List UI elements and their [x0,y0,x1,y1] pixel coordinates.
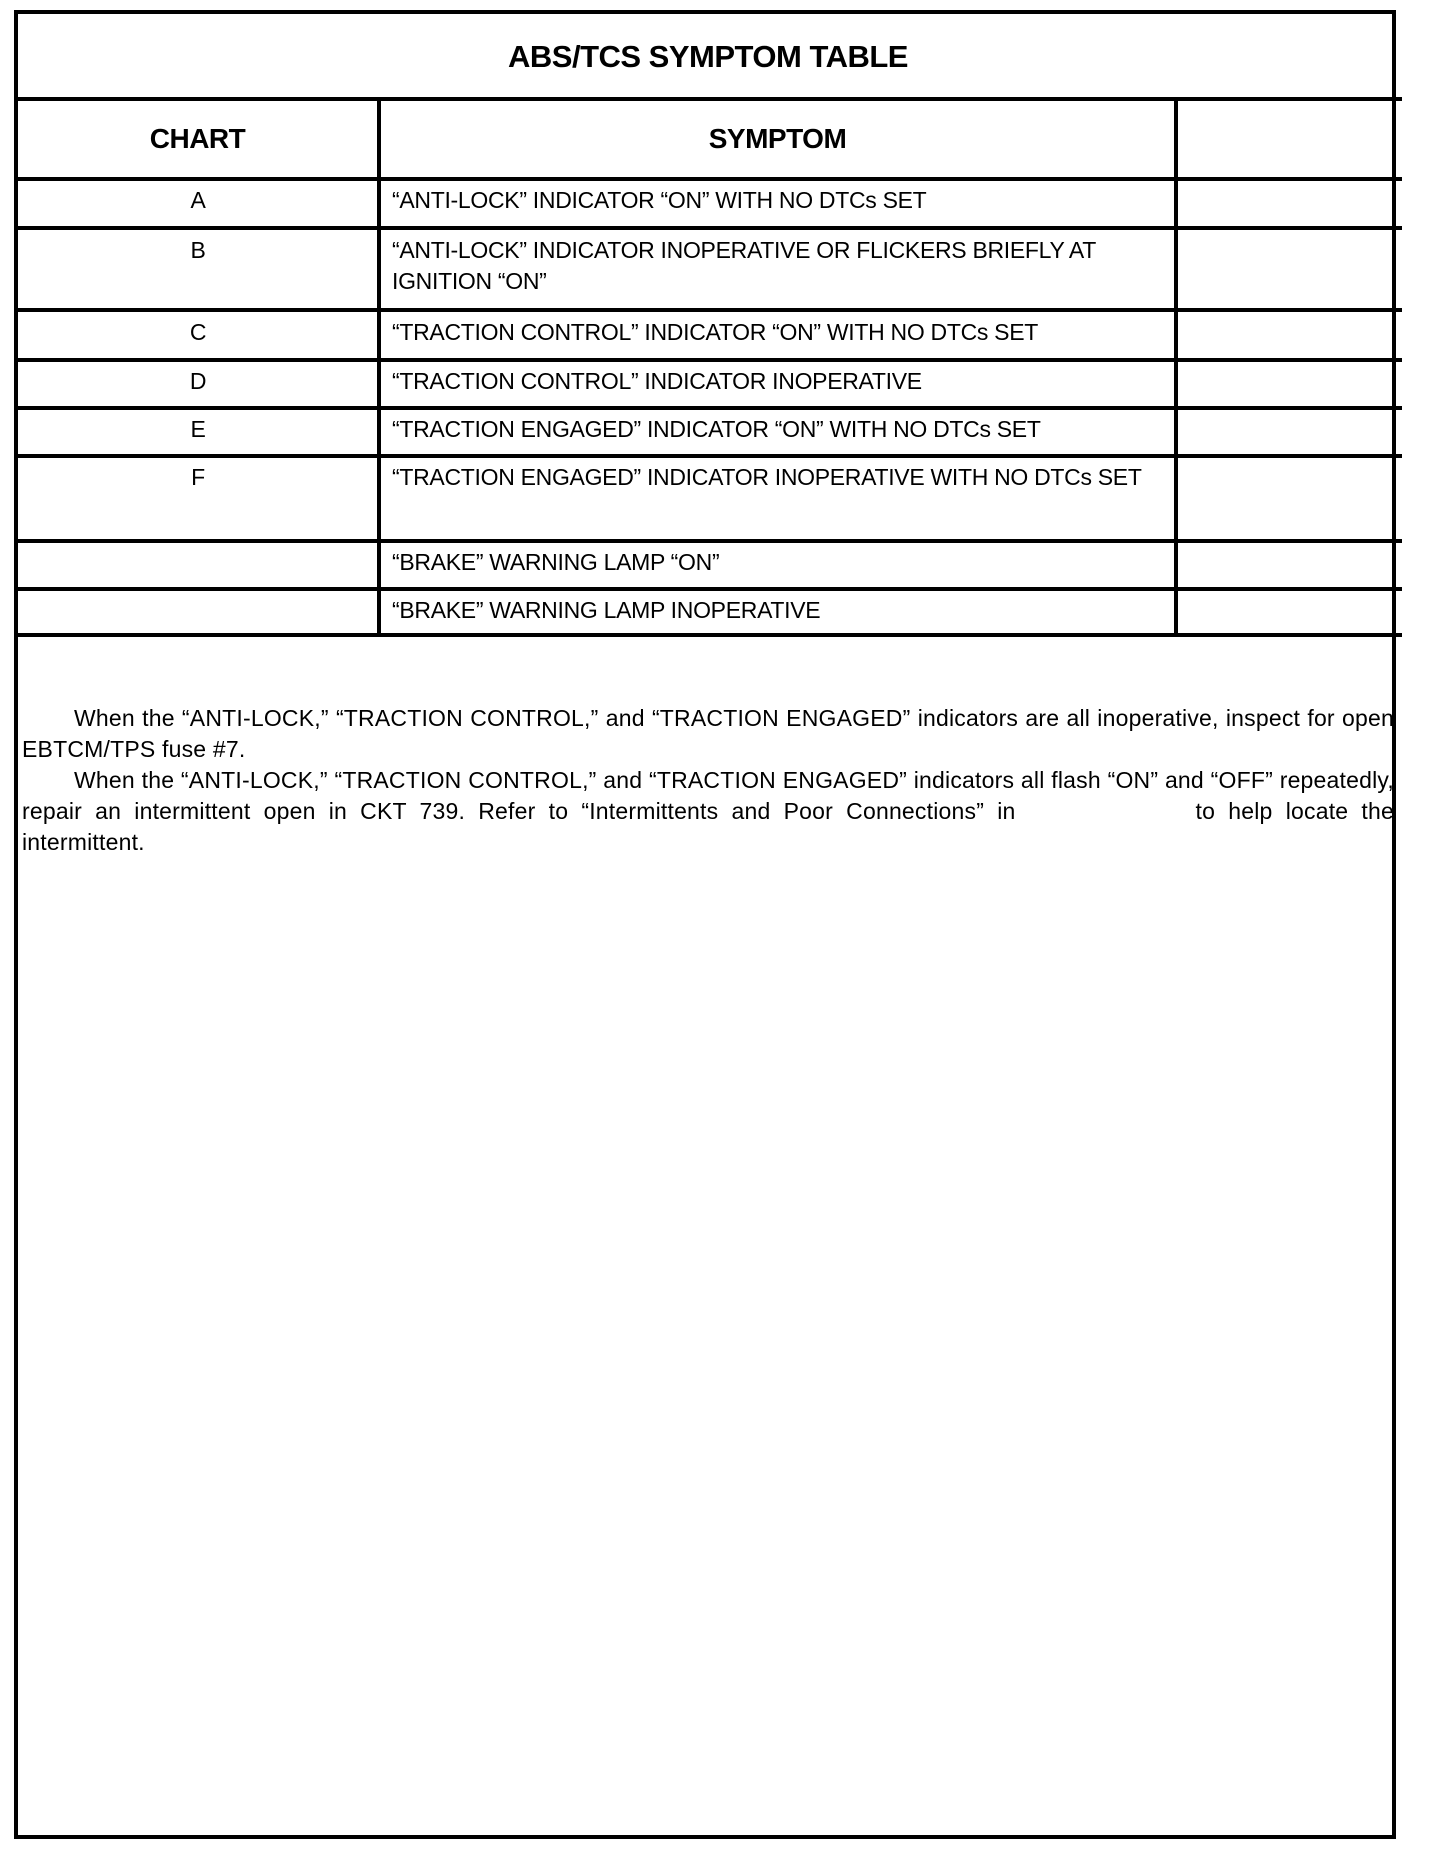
chart-cell: B [18,235,378,266]
column-divider [1174,97,1178,637]
divider [14,633,1402,637]
symptom-cell: “BRAKE” WARNING LAMP “ON” [392,547,1172,578]
column-header-reference [1178,101,1398,177]
note-text: When the “ANTI-LOCK,” “TRACTION CONTROL,… [22,767,1394,824]
chart-cell: D [18,366,378,397]
divider [14,308,1402,312]
symptom-cell: “TRACTION ENGAGED” INDICATOR INOPERATIVE… [392,462,1172,493]
divider [14,226,1402,230]
symptom-cell: “TRACTION CONTROL” INDICATOR INOPERATIVE [392,366,1172,397]
chart-cell: E [18,414,378,445]
divider [14,177,1402,181]
symptom-cell: “ANTI-LOCK” INDICATOR INOPERATIVE OR FLI… [392,235,1172,297]
table-title: ABS/TCS SYMPTOM TABLE [18,14,1398,100]
symptom-cell: “BRAKE” WARNING LAMP INOPERATIVE [392,595,1172,626]
divider [14,358,1402,362]
column-header-symptom: SYMPTOM [381,101,1174,177]
chart-cell: F [18,462,378,493]
notes-section: When the “ANTI-LOCK,” “TRACTION CONTROL,… [22,703,1394,858]
column-header-chart: CHART [18,101,377,177]
symptom-cell: “TRACTION CONTROL” INDICATOR “ON” WITH N… [392,317,1172,348]
divider [14,587,1402,591]
divider [14,539,1402,543]
symptom-cell: “ANTI-LOCK” INDICATOR “ON” WITH NO DTCs … [392,185,1172,216]
chart-cell: C [18,317,378,348]
chart-cell: A [18,185,378,216]
divider [14,454,1402,458]
note-paragraph: When the “ANTI-LOCK,” “TRACTION CONTROL,… [22,703,1394,765]
divider [14,406,1402,410]
note-paragraph: When the “ANTI-LOCK,” “TRACTION CONTROL,… [22,765,1394,858]
symptom-cell: “TRACTION ENGAGED” INDICATOR “ON” WITH N… [392,414,1172,445]
